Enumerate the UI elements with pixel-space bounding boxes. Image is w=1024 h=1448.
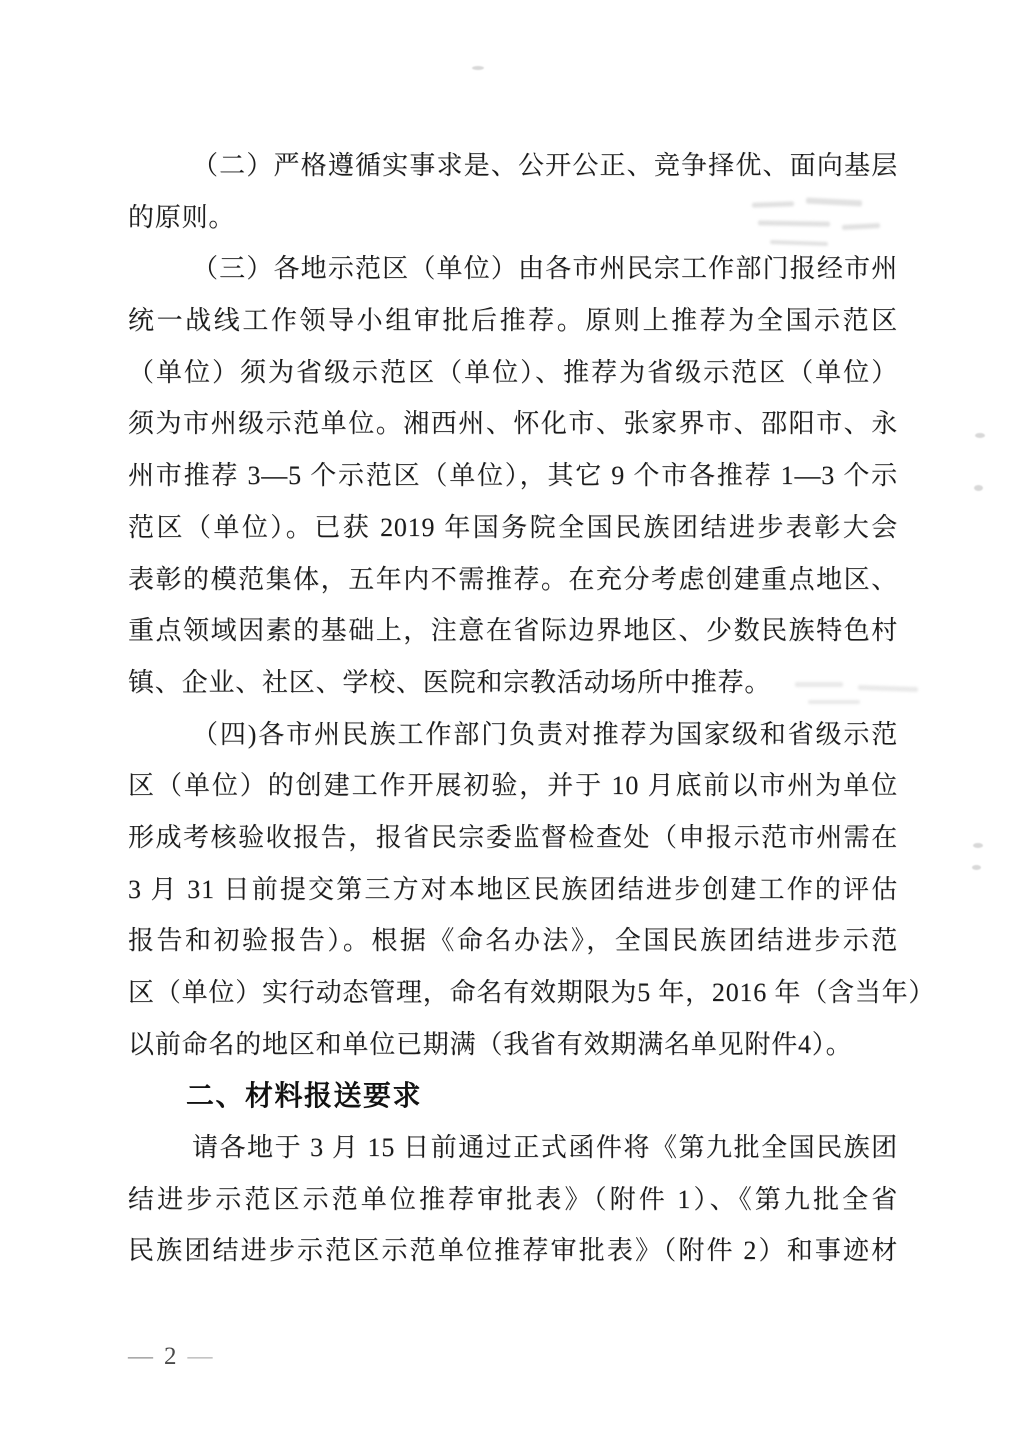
para-5-line-2: 结进步示范区示范单位推荐审批表》（附件 1）、《第九批全省 — [128, 1174, 898, 1226]
footer-dash-left-icon: — — [128, 1344, 153, 1370]
scan-speck — [972, 865, 981, 870]
scan-speck — [975, 433, 985, 438]
para-2-line-2: 的原则。 — [128, 192, 898, 244]
para-4-line-5: 报告和初验报告）。根据《命名办法》，全国民族团结进步示范 — [128, 915, 898, 967]
para-3-line-9: 镇、企业、社区、学校、医院和宗教活动场所中推荐。 — [128, 657, 898, 709]
para-3-line-7: 表彰的模范集体，五年内不需推荐。在充分考虑创建重点地区、 — [128, 554, 898, 606]
scan-speck — [974, 485, 983, 491]
para-4-line-4: 3 月 31 日前提交第三方对本地区民族团结进步创建工作的评估 — [128, 864, 898, 916]
para-5-line-3: 民族团结进步示范区示范单位推荐审批表》（附件 2）和事迹材 — [128, 1225, 898, 1277]
para-3-line-6: 范区（单位）。已获 2019 年国务院全国民族团结进步表彰大会 — [128, 502, 898, 554]
para-3-line-4: 须为市州级示范单位。湘西州、怀化市、张家界市、邵阳市、永 — [128, 398, 898, 450]
para-3-line-8: 重点领域因素的基础上，注意在省际边界地区、少数民族特色村 — [128, 605, 898, 657]
para-2-line-1: （二）严格遵循实事求是、公开公正、竞争择优、面向基层 — [128, 140, 898, 192]
document-body: （二）严格遵循实事求是、公开公正、竞争择优、面向基层 的原则。 （三）各地示范区… — [128, 140, 898, 1277]
para-4-line-3: 形成考核验收报告，报省民宗委监督检查处（申报示范市州需在 — [128, 812, 898, 864]
document-page: （二）严格遵循实事求是、公开公正、竞争择优、面向基层 的原则。 （三）各地示范区… — [0, 0, 1024, 1448]
footer-dash-right-icon: — — [188, 1344, 213, 1370]
scan-speck — [973, 843, 983, 848]
para-4-line-1: （四)各市州民族工作部门负责对推荐为国家级和省级示范 — [128, 709, 898, 761]
para-4-line-7: 以前命名的地区和单位已期满（我省有效期满名单见附件4）。 — [128, 1019, 898, 1071]
section-heading: 二、材料报送要求 — [128, 1070, 898, 1122]
scan-speck — [472, 66, 484, 70]
para-4-line-6: 区（单位）实行动态管理，命名有效期限为5 年，2016 年（含当年） — [128, 967, 898, 1019]
page-number: 2 — [164, 1344, 177, 1370]
para-4-line-2: 区（单位）的创建工作开展初验，并于 10 月底前以市州为单位 — [128, 760, 898, 812]
para-3-line-3: （单位）须为省级示范区（单位）、推荐为省级示范区（单位） — [128, 347, 898, 399]
scan-artifact — [808, 700, 860, 704]
para-3-line-1: （三）各地示范区（单位）由各市州民宗工作部门报经市州 — [128, 243, 898, 295]
scan-artifact — [795, 682, 843, 687]
para-3-line-5: 州市推荐 3—5 个示范区（单位），其它 9 个市各推荐 1—3 个示 — [128, 450, 898, 502]
para-5-line-1: 请各地于 3 月 15 日前通过正式函件将《第九批全国民族团 — [128, 1122, 898, 1174]
page-footer: — 2 — — [128, 1344, 213, 1370]
para-3-line-2: 统一战线工作领导小组审批后推荐。原则上推荐为全国示范区 — [128, 295, 898, 347]
